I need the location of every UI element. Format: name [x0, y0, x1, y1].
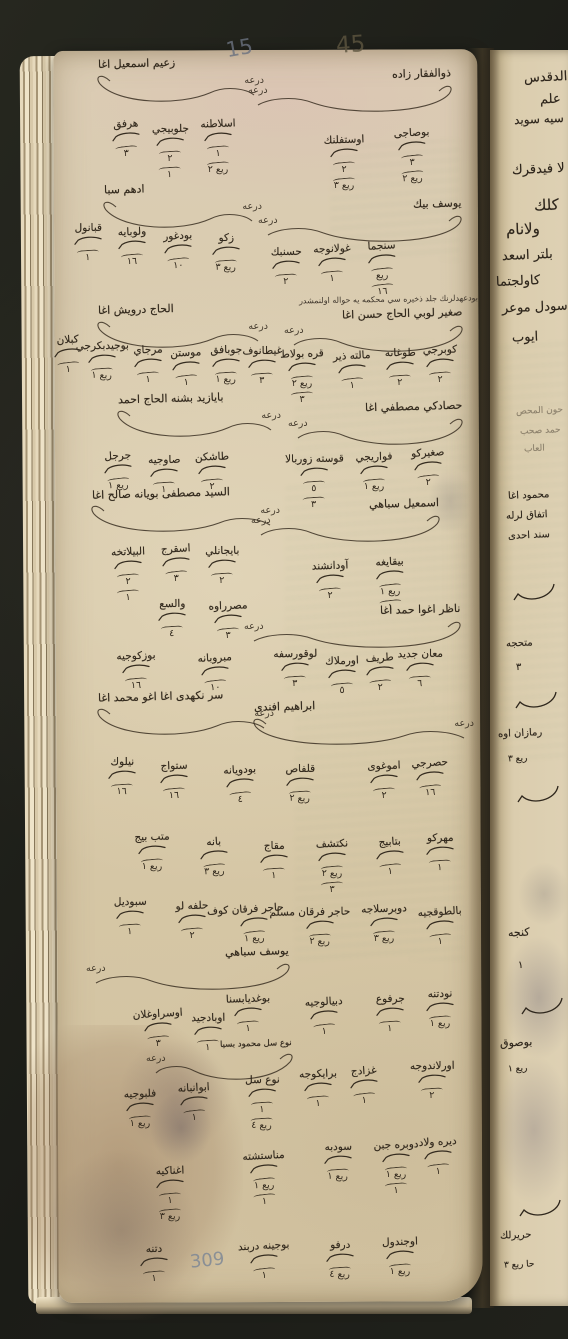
entry-number: ريع ٣: [184, 860, 244, 877]
entry-name: بوزكوجيه: [106, 649, 166, 663]
hane-tick-icon: [133, 357, 163, 369]
hane-tick-icon: [325, 1252, 355, 1265]
hane-tick-icon: [249, 1253, 279, 1266]
entry-name: اوجندول: [370, 1235, 430, 1249]
hane-tick-icon: [305, 919, 335, 932]
facing-page-text: الدقدس: [524, 69, 568, 86]
entry-name: مبروبانه: [184, 650, 245, 665]
entry-number: ريع ١: [224, 927, 284, 944]
entry-name: اموغوى: [354, 759, 414, 773]
entry-name: صغيركو: [397, 445, 458, 460]
hane-tick-icon: [115, 909, 145, 922]
register-entry: برايكوجه١: [288, 1068, 348, 1109]
entry-number: ٤: [142, 622, 202, 639]
entry-number: ١: [232, 1098, 292, 1115]
register-entry: اوسراوغلان٣: [128, 1007, 189, 1049]
hane-tick-icon: [155, 1178, 185, 1190]
hane-tick-icon: [415, 770, 445, 783]
entry-name: بوصاجى: [381, 125, 442, 140]
entry-number: ١: [140, 1190, 200, 1206]
entry-number: ريع ٢: [290, 930, 350, 947]
flourish-mark: [520, 994, 566, 1020]
register-entry: بتابيج١: [360, 835, 421, 877]
entry-name: اورلاندوجه: [402, 1060, 462, 1073]
entry-name: جرجل: [87, 448, 148, 463]
entry-number: ١: [410, 930, 470, 947]
entry-number: ١: [164, 1106, 224, 1123]
entry-number: ٣: [382, 151, 442, 168]
handwritten-register: 15 45 309 بودعهدلرنك جلد ذخيره سي محكمه …: [0, 0, 568, 1339]
entry-number: ١: [244, 864, 304, 881]
entry-number: ريع ٣: [140, 1206, 200, 1222]
entry-name: حاجر فرقان مسلم: [290, 906, 350, 919]
hane-tick-icon: [247, 1087, 277, 1100]
register-entry: مقاج١: [244, 839, 305, 881]
hane-tick-icon: [239, 916, 269, 929]
entry-name: بودويانه: [209, 762, 270, 777]
facing-page-text: حا ريع ٣: [504, 1259, 535, 1270]
entry-name: بيقايغه: [359, 554, 420, 569]
register-entry: حاجر فرقان مسلمريع ٢: [290, 905, 351, 947]
facing-page-text: ريع ١: [508, 1064, 528, 1075]
hane-tick-icon: [315, 573, 345, 585]
hane-tick-icon: [375, 569, 405, 582]
entry-name: حاجر فرقان كوف: [223, 901, 284, 916]
entry-number: ريع ١: [370, 1261, 430, 1277]
hane-tick-icon: [317, 256, 347, 268]
entry-number: ٢: [256, 270, 316, 287]
facing-page-text: محمود اغا: [508, 489, 550, 502]
register-entry: نيلوك١٦: [92, 755, 153, 797]
entry-number: ١: [288, 1093, 348, 1109]
entry-number: ريع ١: [366, 1164, 426, 1180]
hane-tick-icon: [349, 1078, 379, 1091]
entry-name: مصرراوه: [198, 599, 258, 613]
facing-page-text: رمازان اوه: [498, 727, 543, 740]
hane-tick-icon: [271, 259, 301, 272]
facing-page-text: سودل موعر: [502, 299, 568, 317]
register-entry: قلفاصريع ٢: [270, 762, 331, 804]
flourish-mark: [512, 580, 558, 606]
hane-tick-icon: [413, 460, 443, 473]
header-name: نوع سل محمود بسيا: [220, 1038, 292, 1050]
register-entry: والسع٤: [142, 597, 203, 639]
register-entry: حاجر فرقان كوفريع ١: [224, 902, 285, 944]
entry-name: كبلان: [37, 332, 98, 347]
entry-number: ١: [38, 358, 98, 375]
register-entry: لوقورسفه٣: [265, 647, 326, 689]
deraa-label: درعه: [146, 1053, 166, 1064]
deraa-label: درعه: [284, 325, 304, 336]
entry-name: اوسراوغلان: [127, 1006, 188, 1021]
register-entry: جرفوع١: [360, 992, 421, 1034]
facing-page-text: كاولجتما: [496, 273, 541, 290]
facing-page-text: العاب: [524, 444, 545, 455]
hane-tick-icon: [177, 913, 207, 925]
entry-name: متب بيج: [122, 830, 182, 844]
hane-tick-icon: [423, 1149, 453, 1162]
entry-name: دبيالوجيه: [293, 994, 354, 1009]
hane-tick-icon: [259, 853, 289, 866]
hane-tick-icon: [197, 464, 227, 476]
hane-tick-icon: [211, 245, 241, 258]
flourish-mark: [518, 1196, 564, 1222]
register-entry: درفوريع ٤: [310, 1238, 371, 1280]
deraa-label: درعه: [288, 418, 308, 429]
register-entry: بانهريع ٣: [184, 835, 245, 877]
entry-name: دتنه: [124, 1242, 184, 1256]
entry-number: ريع ١: [360, 580, 420, 597]
page-number-pencil: 309: [189, 1248, 225, 1272]
register-entry: حسنبك٢: [256, 245, 317, 287]
register-entry: دتنه١: [124, 1243, 184, 1284]
register-entry: دوبرسلاجهريع ٣: [354, 903, 414, 944]
facing-page-text: حون المحص: [516, 405, 563, 417]
hane-tick-icon: [327, 668, 357, 680]
header-name: السيد مصطفى بويانه صالح اغا: [92, 485, 230, 502]
hane-tick-icon: [200, 665, 230, 678]
facing-page-text: ١: [518, 960, 524, 971]
entry-name: حلفه لو: [162, 899, 222, 913]
deraa-label: درعه: [244, 621, 264, 632]
entry-name: قلفاص: [270, 763, 330, 776]
header-name: ادهم سبا: [104, 182, 145, 196]
entry-number: ريع ١: [344, 476, 404, 492]
deraa-label: درعه: [242, 201, 262, 212]
entry-name: قوسته زوربالا: [284, 453, 344, 466]
folio-number-right: 45: [335, 31, 366, 59]
header-name: حصادكي مصطفي اغا: [365, 399, 463, 415]
entry-name: برايكوجه: [288, 1067, 348, 1081]
hane-tick-icon: [285, 776, 315, 789]
entry-number: ١: [58, 246, 118, 263]
facing-page-text: حريرلك: [500, 1229, 532, 1241]
register-entry: بوصاجى٣ريع ٢: [381, 126, 442, 184]
register-entry: آودانشند٢: [300, 560, 360, 601]
entry-number: ١: [234, 1264, 294, 1281]
entry-name: مقاج: [244, 840, 304, 853]
entry-number: ٢: [98, 571, 158, 587]
hane-tick-icon: [225, 777, 255, 790]
entry-number: ريع ٢: [270, 787, 330, 804]
entry-number: ٣: [283, 493, 343, 510]
entry-name: بتابيج: [359, 834, 420, 849]
entry-name: قبانول: [58, 222, 118, 235]
entry-number: ٢: [314, 159, 374, 175]
header-name: يوسف بيك: [412, 196, 461, 210]
entry-number: ١٦: [106, 675, 166, 691]
flourish-mark: [514, 688, 560, 714]
manuscript-photo: 15 45 309 بودعهدلرنك جلد ذخيره سي محكمه …: [0, 0, 568, 1339]
facing-page-text: ٣: [516, 662, 522, 673]
register-entry: ستواج١٦: [144, 760, 204, 801]
hane-tick-icon: [280, 661, 310, 674]
facing-page-text: ولانام: [506, 219, 541, 238]
register-entry: بالطوقجيه١: [410, 905, 471, 947]
entry-name: نيلوك: [92, 756, 152, 769]
register-entry: دوبره جبنريع ١١: [366, 1139, 426, 1196]
register-entry: سودبهريع ١: [308, 1140, 369, 1182]
register-entry: صغيركو٢: [398, 446, 459, 488]
entry-number: ٢: [398, 471, 458, 488]
hane-tick-icon: [369, 773, 399, 785]
entry-number: ١٦: [144, 785, 204, 801]
entry-number: ٢: [402, 1084, 462, 1101]
deraa-label: درعه: [251, 515, 271, 526]
entry-name: بالطوقجيه: [409, 904, 470, 919]
deraa-label: درعه: [254, 708, 274, 719]
entry-name: ستواج: [144, 759, 204, 773]
register-entry: مبروبانه١٠: [185, 651, 246, 693]
facing-page-text: سند احدى: [508, 529, 550, 542]
entry-name: سبوديل: [100, 896, 160, 909]
entry-number: ريع ٢: [382, 167, 442, 184]
entry-number: ريع ٣: [354, 928, 414, 944]
hane-tick-icon: [163, 243, 193, 256]
facing-page-text: علم: [540, 92, 561, 108]
entry-number: ٢: [354, 785, 414, 801]
hane-tick-icon: [161, 556, 191, 569]
register-entry: بوجينه دربند١: [234, 1239, 295, 1281]
hane-tick-icon: [203, 131, 233, 143]
hane-tick-icon: [385, 360, 415, 373]
hane-tick-icon: [125, 1101, 155, 1113]
register-entry: جرجلريع ١: [88, 449, 149, 491]
hane-tick-icon: [323, 1154, 353, 1167]
entry-number: ١: [124, 1268, 184, 1284]
hane-tick-icon: [137, 844, 167, 856]
hane-tick-icon: [111, 131, 141, 144]
hane-tick-icon: [199, 849, 229, 862]
deraa-label: درعه: [261, 410, 281, 421]
facing-page-text: ريع ٣: [508, 754, 528, 765]
deraa-label: درعه: [86, 963, 106, 974]
deraa-label: درعه: [454, 718, 474, 729]
entry-number: ٢: [162, 925, 222, 941]
hane-tick-icon: [107, 769, 137, 782]
entry-name: نكتشف: [302, 837, 362, 851]
entry-number: ٣: [128, 1032, 188, 1049]
register-entry: ابوانبانه١: [164, 1081, 225, 1123]
entry-number: ٥: [284, 477, 344, 494]
facing-page-text: اتفاق لرله: [506, 509, 548, 522]
entry-number: ١٦: [92, 780, 152, 797]
deraa-label: درعه: [244, 75, 264, 86]
entry-number: ريع ٢: [302, 863, 362, 879]
header-name: يوسف سباهي: [225, 944, 289, 959]
entry-name: اوستفلنك: [314, 133, 374, 147]
entry-number: ١: [139, 163, 199, 180]
hane-tick-icon: [359, 464, 389, 476]
facing-page-text: ايوب: [512, 329, 539, 345]
hane-tick-icon: [73, 235, 103, 248]
entry-number: ٢: [300, 585, 360, 601]
hane-tick-icon: [213, 613, 243, 625]
register-entry: قبانول١: [58, 221, 119, 263]
register-entry: البيلاتخه٢١: [98, 546, 158, 603]
facing-page-text: كنجه: [508, 926, 530, 940]
entry-name: اغناكيه: [140, 1164, 200, 1178]
hane-tick-icon: [417, 1073, 447, 1086]
deraa-label: درعه: [248, 321, 268, 332]
facing-page-text: كلك: [534, 195, 560, 214]
register-entry: هرفق٣: [96, 117, 157, 159]
entry-number: ١: [234, 1190, 294, 1207]
hane-tick-icon: [425, 919, 455, 932]
header-name: صغير لوبي الحاج حسن اغا: [341, 305, 462, 321]
facing-page-text: بوصوق: [500, 1035, 533, 1049]
register-entry: اوستفلنك٢ريع ٣: [314, 134, 374, 191]
header-name: اسمعيل سباهي: [369, 496, 439, 511]
entry-number: ١: [360, 1017, 420, 1034]
register-entry: فلبوجيهريع ١: [110, 1088, 170, 1129]
hane-tick-icon: [143, 1021, 173, 1034]
entry-name: ابوانبانه: [163, 1080, 224, 1095]
hane-tick-icon: [375, 849, 405, 862]
hane-tick-icon: [425, 1001, 455, 1013]
entry-number: ٣: [272, 389, 332, 405]
header-name: الحاج درويش اغا: [98, 302, 174, 317]
hane-tick-icon: [103, 463, 133, 476]
entry-number: ٤: [210, 788, 270, 805]
facing-page-text: سيه سويد: [514, 111, 564, 127]
hane-tick-icon: [249, 1163, 279, 1176]
entry-name: نوع سل: [232, 1074, 292, 1087]
hane-tick-icon: [299, 466, 329, 479]
hane-tick-icon: [149, 467, 179, 480]
hane-tick-icon: [385, 1249, 415, 1261]
entry-name: لوقورسفه: [265, 648, 325, 661]
deraa-label: درعه: [258, 215, 278, 226]
entry-name: والسع: [142, 598, 202, 611]
register-entry: نكتشفريع ٢٣: [302, 838, 362, 895]
entry-number: ١: [100, 920, 160, 937]
entry-number: ريع ١: [122, 856, 182, 872]
register-entry: دبيالوجيه١: [294, 995, 355, 1037]
flourish-mark: [516, 782, 562, 808]
hane-tick-icon: [139, 1256, 169, 1268]
entry-name: حسنبك: [256, 246, 316, 259]
register-entry: سبوديل١: [100, 895, 161, 937]
entry-number: ريع ١: [308, 1165, 368, 1182]
hane-tick-icon: [425, 845, 455, 858]
hane-tick-icon: [369, 916, 399, 928]
hane-tick-icon: [193, 1025, 223, 1038]
register-entry: اموغوى٢: [354, 760, 414, 801]
register-entry: كبلان١: [38, 333, 99, 375]
entry-number: ريع ١: [234, 1174, 294, 1191]
register-entry: مناستشتهريع ١١: [233, 1149, 294, 1207]
header-name: سر نكهدى اغا اغو محمد اغا: [98, 688, 224, 704]
register-entry: قوسته زوربالا٥٣: [283, 452, 344, 510]
entry-name: فلبوجيه: [110, 1087, 170, 1101]
entry-number: ريع ٣: [314, 175, 374, 191]
entry-number: ١: [366, 1180, 426, 1196]
entry-name: سودبه: [308, 1141, 368, 1154]
hane-tick-icon: [337, 363, 367, 376]
header-name: ناظر اغوا حمد اغا: [379, 602, 460, 617]
entry-name: دوبره جبن: [366, 1138, 426, 1152]
entry-number: ريع ٤: [310, 1263, 370, 1280]
entry-name: بوجينه دربند: [233, 1238, 294, 1253]
header-name: ذوالفقار زاده: [392, 66, 451, 81]
hane-tick-icon: [329, 147, 359, 159]
hane-tick-icon: [381, 1152, 411, 1164]
entry-name: دوبرسلاجه: [354, 902, 414, 916]
entry-number: ٣: [265, 672, 325, 689]
register-entry: بوزكوجيه١٦: [106, 650, 166, 691]
entry-number: ريع ٤: [231, 1114, 291, 1131]
hane-tick-icon: [397, 140, 427, 153]
register-entry: فواريجيريع ١: [344, 451, 404, 492]
hane-tick-icon: [117, 239, 147, 251]
register-entry: اورلاندوجه٢: [402, 1059, 463, 1101]
entry-name: جرفوع: [360, 993, 420, 1006]
hane-tick-icon: [303, 1081, 333, 1093]
entry-name: درفو: [310, 1239, 370, 1252]
register-entry: حلفه لو٢: [162, 900, 222, 941]
register-entry: متب بيجريع ١: [122, 831, 182, 872]
hane-tick-icon: [367, 253, 397, 266]
folio-number-left: 15: [224, 34, 254, 62]
hane-tick-icon: [121, 663, 151, 675]
entry-number: ٣: [302, 879, 362, 895]
entry-name: مناستشته: [233, 1148, 294, 1163]
register-entry: اغناكيه١ريع ٣: [140, 1165, 200, 1222]
hane-tick-icon: [53, 347, 83, 360]
hane-tick-icon: [157, 611, 187, 624]
hane-tick-icon: [113, 559, 143, 571]
register-entry: بودويانه٤: [210, 763, 271, 805]
entry-name: بانه: [183, 834, 244, 849]
facing-page-text: لا فيدقرك: [512, 161, 565, 178]
entry-number: ريع ١: [110, 1113, 170, 1129]
hane-tick-icon: [155, 136, 185, 149]
facing-page-text: متحجه: [506, 637, 533, 649]
entry-name: بوغديابسنا: [218, 992, 278, 1006]
header-name: زعيم اسمعيل اغا: [98, 56, 176, 71]
hane-tick-icon: [179, 1095, 209, 1108]
entry-name: آودانشند: [300, 559, 360, 573]
register-entry: نوع سل١ريع ٤: [231, 1073, 292, 1131]
entry-number: ١: [294, 1020, 354, 1037]
hane-tick-icon: [207, 558, 237, 571]
entry-number: ٣: [96, 142, 156, 159]
entry-name: البيلاتخه: [98, 545, 158, 559]
entry-name: هرفق: [95, 116, 156, 131]
entry-number: ١: [360, 860, 420, 877]
hane-tick-icon: [159, 773, 189, 785]
register-entry: اوجندولريع ١: [370, 1236, 430, 1277]
hane-tick-icon: [375, 1006, 405, 1019]
facing-page-text: حمد صحب: [520, 425, 561, 437]
entry-name: فواريجي: [344, 450, 404, 464]
header-name: بايازيد بشنه الحاج احمد: [118, 391, 224, 407]
hane-tick-icon: [309, 1009, 339, 1022]
facing-page-text: بلتر اسعد: [502, 247, 553, 264]
hane-tick-icon: [317, 851, 347, 863]
